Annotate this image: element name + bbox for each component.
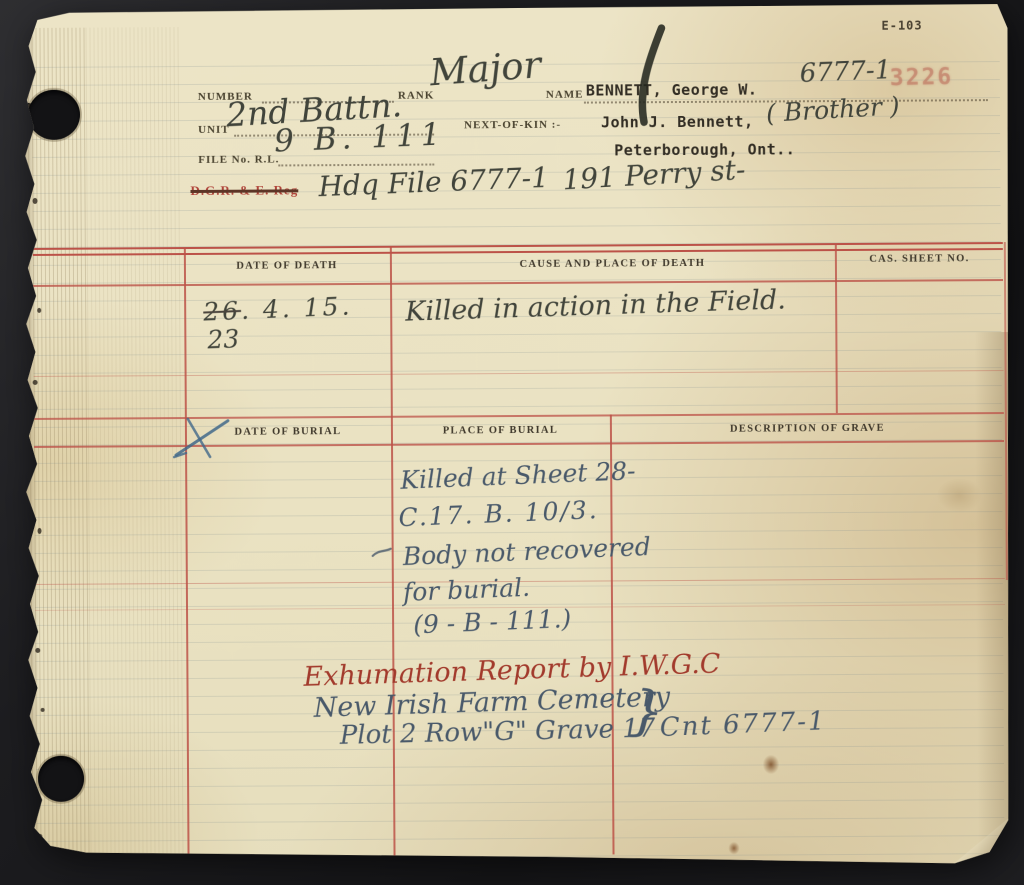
burial-note-line-3: Body not recovered	[402, 532, 651, 571]
pen-tick-mark	[371, 546, 393, 560]
perforation-speck	[33, 380, 38, 385]
description-of-grave-header: DESCRIPTION OF GRAVE	[610, 422, 1005, 435]
concentration-ref-note: Cnt 6777-1	[659, 706, 827, 743]
next-of-kin-relation: ( Brother )	[765, 91, 900, 128]
rank-value: Major	[428, 43, 542, 94]
next-of-kin-label: NEXT-OF-KIN :-	[464, 119, 561, 132]
faded-stamp-number: 3226	[889, 64, 953, 91]
next-of-kin-value: John J. Bennett,	[601, 113, 754, 132]
cas-sheet-header: CAS. SHEET NO.	[835, 253, 1004, 265]
burial-note-line-1: Killed at Sheet 28-	[400, 456, 636, 495]
burial-note-line-5: (9 - B - 111.)	[413, 604, 572, 639]
date-of-death-value: 26. 4. 15.	[203, 291, 353, 326]
struck-registry-stamp: D.G.R. & E. Reg	[190, 182, 298, 199]
punch-hole-top	[28, 90, 80, 140]
perforation-speck	[38, 528, 42, 534]
perforation-speck	[33, 198, 38, 204]
date-of-burial-header: DATE OF BURIAL	[185, 426, 391, 438]
plot-grave-note: Plot 2 Row"G" Grave 17	[339, 713, 655, 750]
record-card: E-103 NUMBER RANK Major NAME BENNETT, Ge…	[21, 2, 1014, 880]
record-card-wrap: E-103 NUMBER RANK Major NAME BENNETT, Ge…	[21, 2, 1014, 880]
unit-label: UNIT	[198, 124, 230, 136]
faded-blotch	[929, 472, 989, 518]
form-code: E-103	[881, 19, 922, 33]
perforation-speck	[41, 708, 45, 712]
file-no-value: 9 B. 111	[273, 116, 446, 159]
perforation-speck	[37, 308, 41, 313]
ink-stain-spot	[760, 751, 782, 777]
col-left-border	[184, 247, 190, 857]
name-label: NAME	[546, 89, 584, 101]
date-day-corrected: 23	[207, 324, 240, 354]
file-no-label: FILE No. R.L.	[198, 153, 279, 165]
rank-label: RANK	[398, 90, 434, 102]
date-rest: . 4. 15.	[240, 291, 353, 325]
ink-stroke-mark	[627, 24, 676, 128]
ink-stain-spot-small	[726, 840, 741, 857]
col-cas-sheet-divider	[835, 243, 838, 413]
cause-of-death-header: CAUSE AND PLACE OF DEATH	[390, 257, 835, 271]
street-address: 191 Perry st-	[562, 153, 747, 197]
place-of-burial-header: PLACE OF BURIAL	[391, 424, 610, 436]
rule-death-header-bottom	[33, 279, 1003, 287]
corner-fold	[950, 814, 1012, 866]
burial-note-line-2: C.17. B. 10/3.	[398, 495, 599, 532]
col-right-border	[1004, 242, 1008, 580]
photo-background: E-103 NUMBER RANK Major NAME BENNETT, Ge…	[0, 0, 1024, 885]
rule-faint-mid	[34, 370, 1004, 377]
perforation-speck	[37, 834, 42, 839]
cause-of-death-value: Killed in action in the Field.	[405, 284, 787, 327]
hdq-file-value: Hdq File 6777-1	[318, 161, 550, 203]
burial-note-line-4: for burial.	[402, 573, 530, 607]
punch-hole-bottom	[38, 756, 84, 802]
torn-edge-shading	[21, 8, 40, 880]
perforation-speck	[35, 648, 40, 653]
date-of-death-header: DATE OF DEATH	[184, 260, 390, 272]
service-file-number: 6777-1	[799, 55, 892, 89]
date-day-struck: 26	[203, 296, 242, 327]
